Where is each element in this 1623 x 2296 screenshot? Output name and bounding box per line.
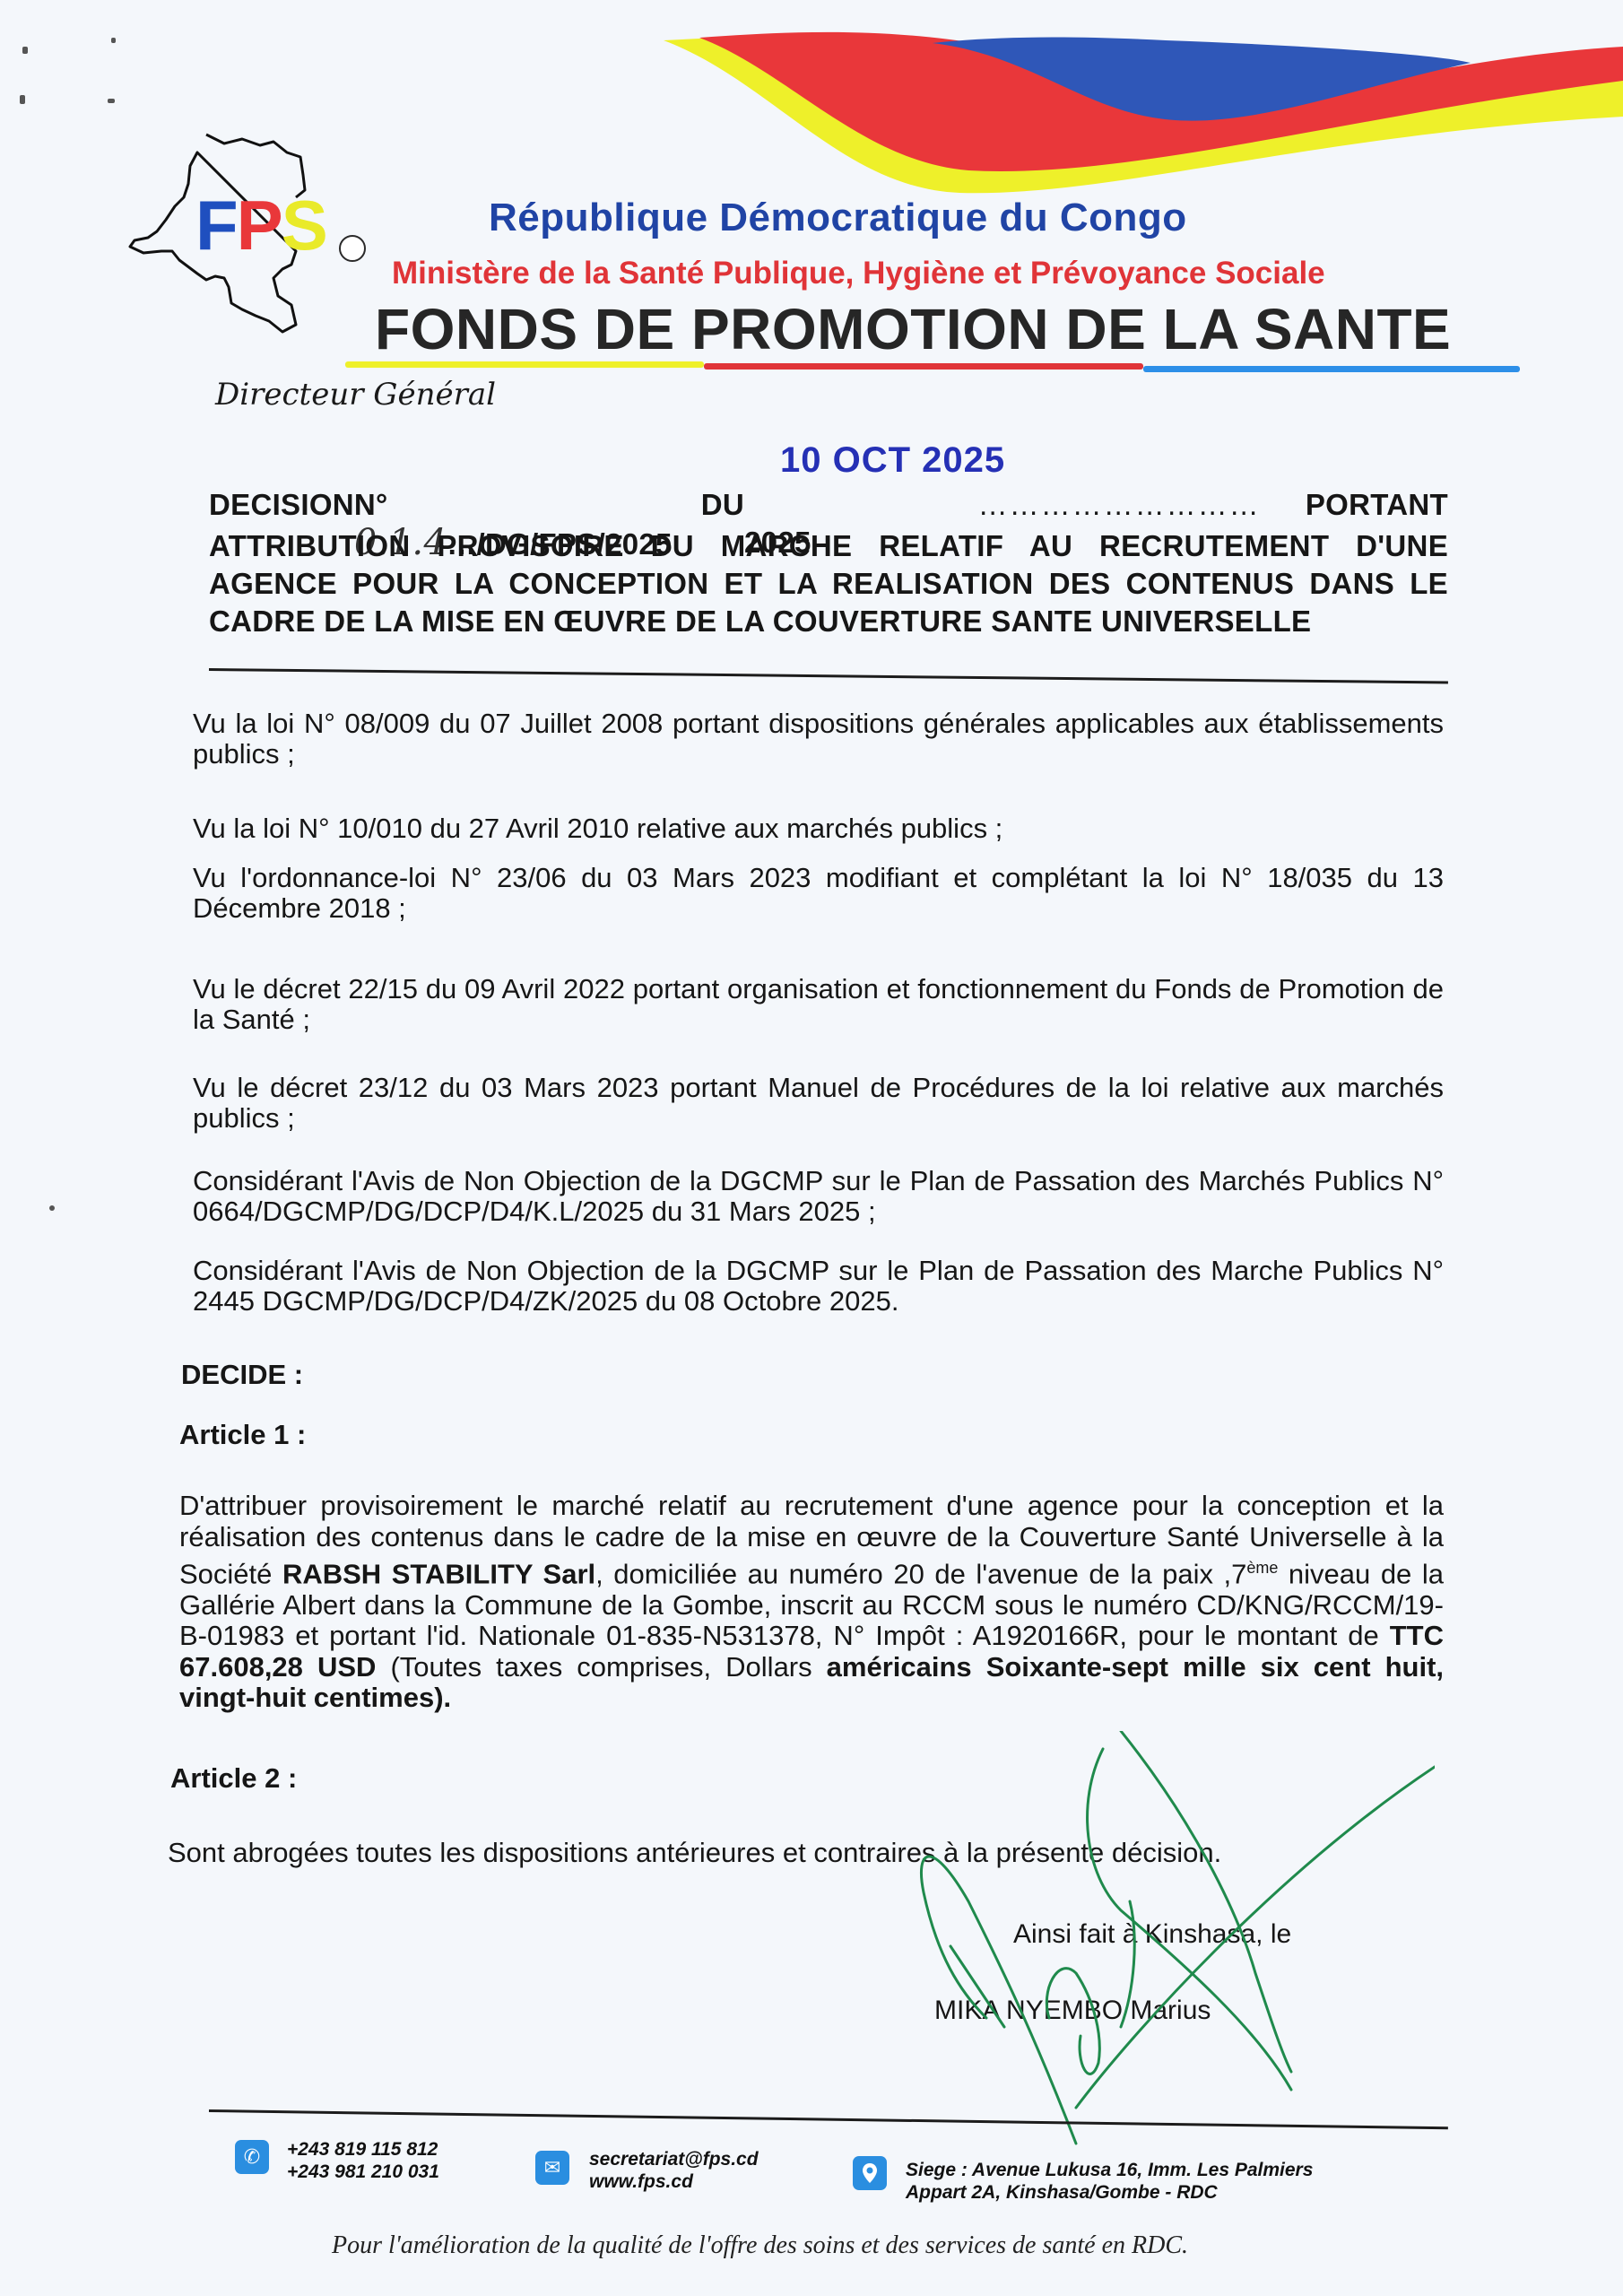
address-line: Appart 2A, Kinshasa/Gombe - RDC [906, 2181, 1313, 2204]
article-2-body: Sont abrogées toutes les dispositions an… [168, 1837, 1221, 1869]
article-1-body: D'attribuer provisoirement le marché rel… [179, 1491, 1444, 1714]
organization-name: FONDS DE PROMOTION DE LA SANTE [375, 296, 1451, 362]
office-title: Directeur Général [215, 377, 496, 413]
preamble-item: Vu la loi N° 08/009 du 07 Juillet 2008 p… [193, 709, 1444, 770]
preamble-item: Vu la loi N° 10/010 du 27 Avril 2010 rel… [193, 813, 1444, 844]
footer-contact: secretariat@fps.cd www.fps.cd [589, 2148, 759, 2193]
footer-address: Siege : Avenue Lukusa 16, Imm. Les Palmi… [906, 2159, 1313, 2204]
header-rule-blue [1143, 366, 1520, 372]
article-1-heading: Article 1 : [179, 1419, 306, 1451]
date-stamp: 10 OCT 2025 [780, 440, 1005, 480]
address-line: Siege : Avenue Lukusa 16, Imm. Les Palmi… [906, 2159, 1313, 2181]
phone-icon: ✆ [235, 2140, 269, 2174]
phone-number[interactable]: +243 819 115 812 [287, 2138, 439, 2161]
number-prefix: N° [354, 488, 388, 521]
scan-speck [49, 1205, 55, 1211]
country-name: République Démocratique du Congo [489, 196, 1187, 240]
email-link[interactable]: secretariat@fps.cd [589, 2148, 759, 2170]
website-link[interactable]: www.fps.cd [589, 2170, 759, 2193]
decision-subject: ATTRIBUTION PROVISOIRE DU MARCHE RELATIF… [209, 527, 1448, 640]
logo-letter-s: S [282, 186, 326, 265]
ministry-name: Ministère de la Santé Publique, Hygiène … [392, 256, 1325, 291]
preamble-item: Vu le décret 23/12 du 03 Mars 2023 porta… [193, 1073, 1444, 1134]
phone-number[interactable]: +243 981 210 031 [287, 2161, 439, 2183]
decision-label: DECISION [209, 486, 354, 524]
signer-name: MIKA NYEMBO Marius [934, 1996, 1211, 2026]
place-of-signing: Ainsi fait à Kinshasa, le [1013, 1919, 1291, 1950]
title-divider [209, 668, 1448, 683]
footer-motto: Pour l'amélioration de la qualité de l'o… [332, 2231, 1188, 2260]
article-1-text: (Toutes taxes comprises, Dollars [376, 1651, 826, 1683]
preamble-item: Considérant l'Avis de Non Objection de l… [193, 1256, 1444, 1317]
stethoscope-icon [339, 235, 366, 262]
decide-heading: DECIDE : [181, 1359, 303, 1391]
scan-speck [20, 95, 25, 104]
article-2-heading: Article 2 : [170, 1762, 297, 1795]
preamble-item: Vu l'ordonnance-loi N° 23/06 du 03 Mars … [193, 863, 1444, 924]
ordinal-suffix: ème [1246, 1559, 1278, 1577]
location-pin-icon [853, 2156, 887, 2190]
header-rule-red [704, 363, 1143, 370]
company-name: RABSH STABILITY Sarl [282, 1558, 595, 1589]
article-1-text: , domiciliée au numéro 20 de l'avenue de… [595, 1558, 1246, 1589]
du-label: DU [701, 486, 744, 524]
scan-speck [111, 38, 116, 43]
footer-phones: +243 819 115 812 +243 981 210 031 [287, 2138, 439, 2183]
scan-speck [108, 99, 115, 103]
logo-letter-p: P [237, 186, 282, 265]
logo-letter-f: F [195, 186, 237, 265]
header-rule-yellow [345, 361, 704, 368]
mail-icon: ✉ [535, 2151, 569, 2185]
preamble-item: Vu le décret 22/15 du 09 Avril 2022 port… [193, 974, 1444, 1035]
fps-logo: FPS [195, 190, 326, 260]
portant-label: PORTANT [1306, 486, 1448, 524]
footer-divider [209, 2109, 1448, 2129]
date-dots: ……………………… [978, 488, 1261, 521]
scan-speck [22, 47, 28, 54]
flag-wave-graphic [664, 27, 1623, 197]
preamble-item: Considérant l'Avis de Non Objection de l… [193, 1166, 1444, 1227]
